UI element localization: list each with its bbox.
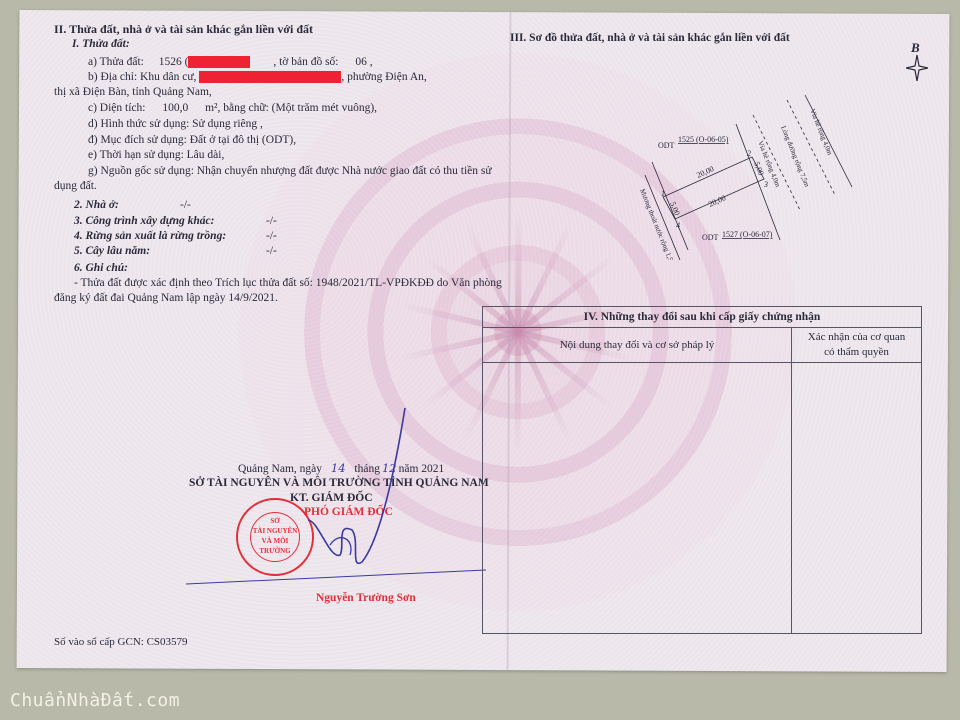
width-left: 5,00 (668, 200, 682, 216)
length-bottom: 20,00 (707, 193, 727, 209)
compass-star-icon (906, 55, 928, 81)
point-2: 2 (747, 149, 751, 158)
canal-label: Mương thoát nước rộng 1,5m (640, 188, 677, 260)
neighbor-bottom-prefix: ODT (702, 233, 719, 242)
site-watermark: ChuẩnNhàĐất.com (10, 690, 180, 711)
width-right: 5,00 (752, 160, 766, 176)
col2-line2: có thẩm quyền (824, 346, 889, 358)
parcel-diagram: ODT 1525 (O-06-05) ODT 1527 (O-06-07) 20… (640, 90, 870, 260)
authority-confirmation-header: Xác nhận của cơ quancó thẩm quyền (792, 328, 921, 363)
section-iii-title: III. Sơ đồ thửa đất, nhà ở và tài sản kh… (510, 32, 790, 46)
changes-table: IV. Những thay đổi sau khi cấp giấy chứn… (482, 306, 922, 634)
neighbor-top-prefix: ODT (658, 141, 675, 150)
changes-content-column: Nội dung thay đổi và cơ sở pháp lý (483, 328, 792, 633)
signature (308, 408, 405, 563)
north-compass: B (906, 40, 928, 80)
neighbor-top: 1525 (O-06-05) (678, 135, 729, 144)
authority-confirmation-column: Xác nhận của cơ quancó thẩm quyền (792, 328, 921, 633)
signer-name: Nguyễn Trường Sơn (316, 592, 416, 606)
road-label: Lòng đường rộng 7,5m (779, 125, 811, 189)
length-top: 20,00 (695, 164, 715, 180)
col2-line1: Xác nhận của cơ quan (808, 331, 905, 343)
changes-content-header: Nội dung thay đổi và cơ sở pháp lý (483, 328, 791, 363)
signature-underline (186, 570, 486, 584)
changes-table-title: IV. Những thay đổi sau khi cấp giấy chứn… (483, 307, 921, 328)
neighbor-bottom: 1527 (O-06-07) (722, 230, 773, 239)
compass-label: B (911, 40, 920, 56)
registry-number: Số vào sổ cấp GCN: CS03579 (54, 636, 188, 649)
point-1: 1 (661, 189, 665, 198)
point-3: 3 (763, 180, 768, 189)
point-4: 4 (676, 221, 680, 230)
